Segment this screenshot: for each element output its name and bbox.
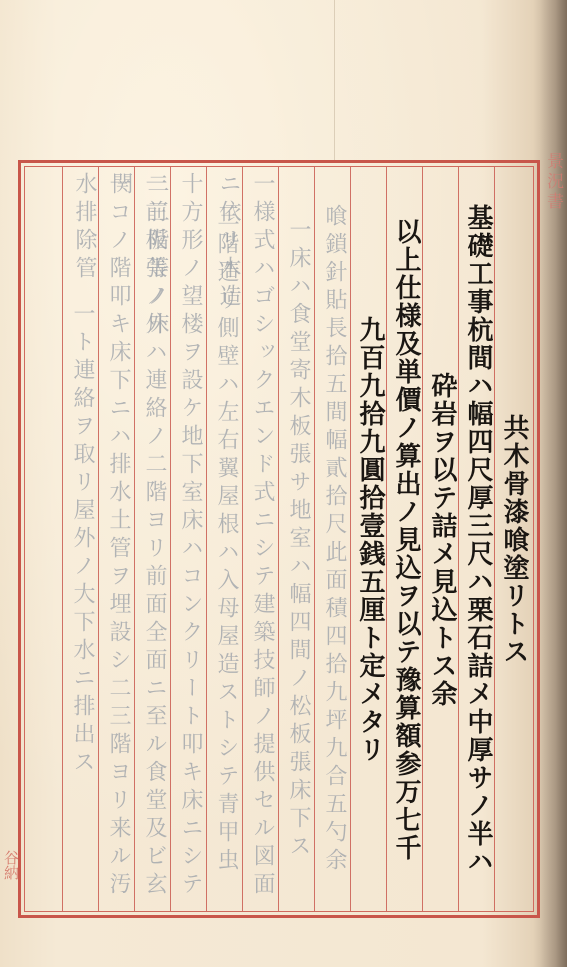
- page-fold: [334, 0, 335, 160]
- text-column-2: 基礎工事杭間ハ幅四尺厚三尺ハ栗石詰メ中厚サノ半ハ: [461, 172, 495, 908]
- text-column-14: [28, 172, 62, 908]
- text-column-11: 一前板張ノ外ハ連絡ノ二階ヨリ前面全面ニ至ル食堂及ビ玄関: [137, 172, 171, 908]
- text-column-8: 一様式ハゴシックエンド式ニシテ建築技師ノ提供セル図面ニ依リ木造: [245, 172, 279, 908]
- text-column-4: 以上仕様及単價ノ算出ノ見込ヲ以テ豫算額参万七千: [389, 172, 423, 908]
- text-column-13: 一ト連絡ヲ取リ屋外ノ大下水ニ排出ス: [65, 172, 99, 908]
- text-column-7: 一床ハ食堂寄木板張サ地室ハ幅四間ノ松板張床下ス: [281, 172, 315, 908]
- text-column-1: 共木骨漆喰塗リトス: [497, 172, 531, 908]
- text-column-9: 三階造リ側壁ハ左右翼屋根ハ入母屋造ストシテ青甲虫: [209, 172, 243, 908]
- text-column-10: 十方形ノ望楼ヲ設ケ地下室床ハコンクリート叩キ床ニシテ二三階等ノ床: [173, 172, 207, 908]
- text-column-6: 喰鎖針貼長拾五間幅貳拾尺此面積四拾九坪九合五勺余: [317, 172, 351, 908]
- text-column-5: 九百九拾九圓拾壹銭五厘ト定メタリ: [353, 172, 387, 908]
- column-rule: [62, 167, 63, 911]
- text-column-3: 砕岩ヲ以テ詰メ見込トス余: [425, 172, 459, 908]
- book-spine-shadow: [540, 0, 567, 967]
- text-column-12: 一コノ階叩キ床下ニハ排水土管ヲ埋設シ二三階ヨリ来ル汚水排除管: [101, 172, 135, 908]
- margin-title: 景況書: [546, 152, 566, 332]
